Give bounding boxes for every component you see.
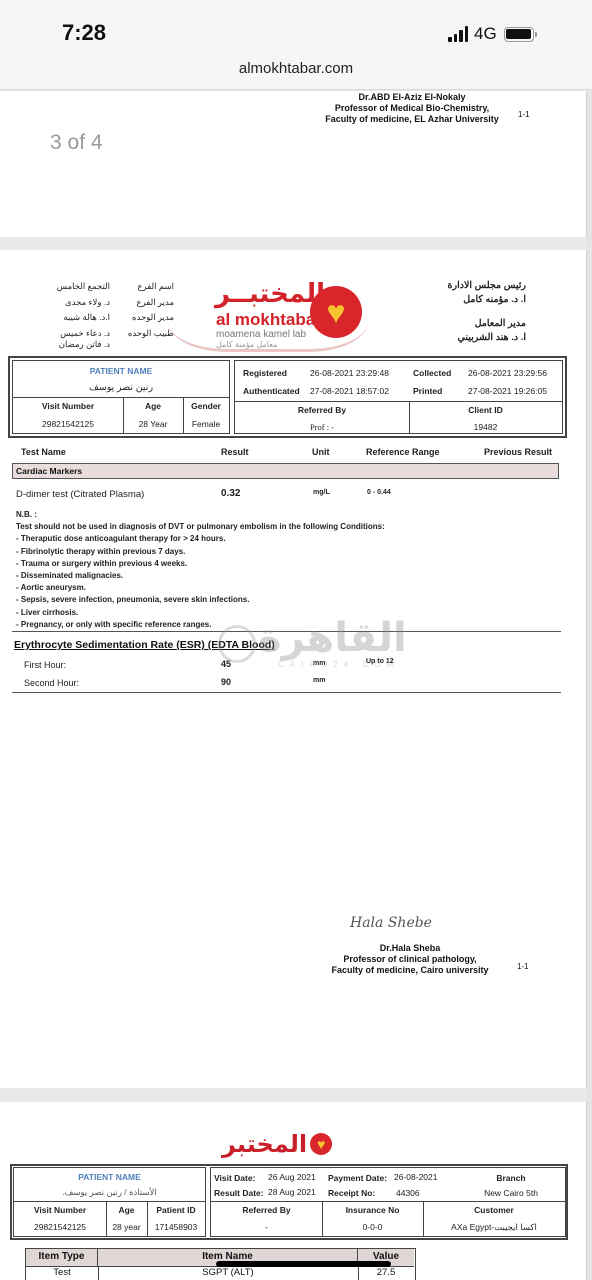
signature: Hala Shebe — [350, 915, 432, 931]
status-indicators: 4G — [448, 24, 534, 44]
lab-logo-small: المختبر ♥ — [222, 1130, 332, 1158]
divider — [12, 692, 561, 693]
signer-faculty: Faculty of medicine, EL Azhar University — [312, 114, 512, 125]
signer-title: Professor of clinical pathology, — [315, 954, 505, 965]
heart-logo-icon: ♥ — [310, 1133, 332, 1155]
col-unit: Unit — [312, 447, 330, 457]
collected-date: 26-08-2021 23:29:56 — [468, 368, 547, 378]
client-id: 19482 — [409, 422, 562, 432]
registered-date: 26-08-2021 23:29:48 — [310, 368, 389, 378]
battery-icon — [504, 27, 534, 42]
pdf-page-lab-report: اسم الفرعالتجمع الخامس مدير الفرعد. ولاء… — [0, 250, 587, 1088]
signer-title: Professor of Medical Bio-Chemistry, — [312, 103, 512, 114]
phone-screen: 7:28 4G almokhtabar.com Dr.ABD El-Aziz E… — [0, 0, 592, 1280]
pdf-page-previous: Dr.ABD El-Aziz El-Nokaly Professor of Me… — [0, 91, 587, 237]
clock: 7:28 — [62, 20, 106, 46]
col-reference-range: Reference Range — [366, 447, 440, 457]
lab-logo: المختبــر al mokhtabar moamena kamel lab… — [160, 274, 380, 354]
referred-by: Prof : - — [235, 422, 409, 432]
signal-icon — [448, 26, 468, 42]
patient-name: الأستاذة / رنين نصر يوسف. — [14, 1187, 205, 1198]
authenticated-date: 27-08-2021 18:57:02 — [310, 386, 389, 396]
esr-title: Erythrocyte Sedimentation Rate (ESR) (ED… — [14, 639, 275, 651]
patient-info-table: PATIENT NAME رنين نصر يوسف Visit Number … — [8, 356, 567, 438]
visit-number: 29821542125 — [13, 419, 123, 429]
signer-block: Dr.ABD El-Aziz El-Nokaly Professor of Me… — [312, 92, 512, 125]
signer-name: Dr.Hala Sheba — [315, 943, 505, 954]
col-previous-result: Previous Result — [484, 447, 552, 457]
ddimer-result: 0.32 — [221, 488, 240, 499]
scrollbar[interactable] — [587, 91, 592, 1280]
divider — [12, 631, 561, 632]
patient-name: رنين نصر يوسف — [13, 382, 229, 393]
signer-block: Dr.Hala Sheba Professor of clinical path… — [315, 943, 505, 976]
page-ref: 1-1 — [518, 110, 530, 119]
gender: Female — [183, 419, 229, 429]
pdf-page-invoice: المختبر ♥ PATIENT NAME الأستاذة / رنين ن… — [0, 1102, 587, 1280]
status-bar: 7:28 4G — [0, 0, 592, 56]
url-bar[interactable]: almokhtabar.com — [0, 56, 592, 90]
management-list: رئيس مجلس الادارة ا. د. مؤمنه كامل مدير … — [448, 279, 526, 345]
branch-staff-list: اسم الفرعالتجمع الخامس مدير الفرعد. ولاء… — [50, 279, 174, 353]
printed-date: 27-08-2021 19:26:05 — [468, 386, 547, 396]
signer-faculty: Faculty of medicine, Cairo university — [315, 965, 505, 976]
redaction-mark — [216, 1261, 391, 1267]
section-cardiac-markers: Cardiac Markers — [12, 463, 559, 479]
invoice-info-table: PATIENT NAME الأستاذة / رنين نصر يوسف. V… — [10, 1164, 568, 1240]
page-indicator: 3 of 4 — [50, 131, 103, 155]
col-test-name: Test Name — [21, 447, 66, 457]
col-result: Result — [221, 447, 249, 457]
ddimer-notes: N.B. : Test should not be used in diagno… — [16, 509, 385, 631]
signer-name: Dr.ABD El-Aziz El-Nokaly — [312, 92, 512, 103]
dates-box: Registered 26-08-2021 23:29:48 Collected… — [234, 360, 563, 434]
network-type: 4G — [474, 24, 497, 44]
esr-first-value: 45 — [221, 659, 231, 669]
patient-box: PATIENT NAME رنين نصر يوسف Visit Number … — [12, 360, 230, 434]
page-ref: 1-1 — [517, 962, 529, 971]
heart-logo-icon: ♥ — [310, 286, 362, 338]
esr-second-value: 90 — [221, 677, 231, 687]
age: 28 Year — [123, 419, 183, 429]
invoice-items-table: Item Type Item Name Value Test SGPT (ALT… — [25, 1248, 416, 1280]
